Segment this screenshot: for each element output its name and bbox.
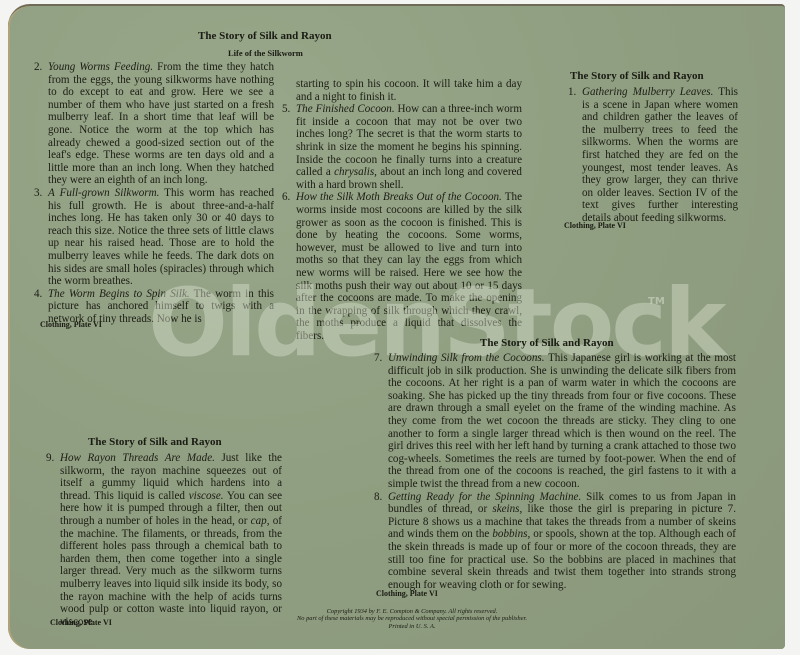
section-title-bottom-left: The Story of Silk and Rayon bbox=[88, 436, 222, 448]
item-title: Unwinding Silk from the Cocoons. bbox=[388, 352, 544, 364]
plate-label: Clothing, Plate VI bbox=[40, 320, 102, 329]
silk-rayon-card: The Story of Silk and Rayon Life of the … bbox=[8, 4, 785, 649]
item-title: How Rayon Threads Are Made. bbox=[60, 452, 215, 464]
item-emphasis: bobbins, bbox=[492, 528, 530, 540]
item-title: Gathering Mulberry Leaves. bbox=[582, 86, 713, 98]
caption-item-9: 9.How Rayon Threads Are Made. Just like … bbox=[46, 452, 282, 628]
item-number: 1. bbox=[568, 86, 576, 99]
item-emphasis: chrysalis, bbox=[334, 166, 377, 178]
section-top-left: 2.Young Worms Feeding. From the time the… bbox=[34, 61, 274, 325]
caption-item-1: 1.Gathering Mulberry Leaves. This is a s… bbox=[568, 86, 738, 225]
caption-item-7: 7.Unwinding Silk from the Cocoons. This … bbox=[374, 352, 736, 491]
item-text: of the machine. The filaments, or thread… bbox=[60, 515, 282, 628]
caption-item-3: 3.A Full-grown Silkworm. This worm has r… bbox=[34, 187, 274, 288]
item-text: This is a scene in Japan where women and… bbox=[582, 86, 738, 224]
copyright-line: Printed in U. S. A. bbox=[262, 623, 562, 630]
item-number: 7. bbox=[374, 352, 382, 365]
item-text: From the time they hatch from the eggs, … bbox=[48, 61, 274, 186]
item-number: 3. bbox=[34, 187, 42, 200]
caption-item-6: 6.How the Silk Moth Breaks Out of the Co… bbox=[282, 191, 522, 342]
caption-item-2: 2.Young Worms Feeding. From the time the… bbox=[34, 61, 274, 187]
item-title: Young Worms Feeding. bbox=[48, 61, 153, 73]
item-number: 9. bbox=[46, 452, 54, 465]
plate-label-bottom-right: Clothing, Plate VI bbox=[376, 589, 438, 598]
item-number: 4. bbox=[34, 288, 42, 301]
plate-label-bottom-left: Clothing, Plate VI bbox=[50, 618, 112, 627]
item-number: 8. bbox=[374, 491, 382, 504]
main-subtitle: Life of the Silkworm bbox=[228, 48, 303, 58]
item-number: 5. bbox=[282, 103, 290, 116]
copyright-line: Copyright 1934 by F. E. Compton & Compan… bbox=[262, 608, 562, 615]
section-bottom-left: 9.How Rayon Threads Are Made. Just like … bbox=[46, 452, 282, 628]
caption-item-8: 8.Getting Ready for the Spinning Machine… bbox=[374, 491, 736, 592]
caption-item-5: 5.The Finished Cocoon. How can a three-i… bbox=[282, 103, 522, 191]
main-title: The Story of Silk and Rayon bbox=[198, 30, 332, 42]
item-number: 6. bbox=[282, 191, 290, 204]
item-text: This Japanese girl is working at the mos… bbox=[388, 352, 736, 490]
watermark-trademark: TM bbox=[648, 296, 665, 307]
item-title: A Full-grown Silkworm. bbox=[48, 187, 159, 199]
continuation-text: starting to spin his cocoon. It will tak… bbox=[282, 78, 522, 103]
item-title: How the Silk Moth Breaks Out of the Coco… bbox=[296, 191, 502, 203]
section-title-top-right: The Story of Silk and Rayon bbox=[570, 70, 704, 82]
item-title: Getting Ready for the Spinning Machine. bbox=[388, 491, 581, 503]
item-title: The Finished Cocoon. bbox=[296, 103, 395, 115]
item-emphasis: viscose. bbox=[189, 490, 224, 502]
section-top-right: 1.Gathering Mulberry Leaves. This is a s… bbox=[568, 86, 738, 225]
item-text: This worm has reached his full growth. H… bbox=[48, 187, 274, 287]
item-number: 2. bbox=[34, 61, 42, 74]
section-title-bottom-right: The Story of Silk and Rayon bbox=[480, 337, 614, 349]
copyright-line: No part of these materials may be reprod… bbox=[262, 615, 562, 622]
plate-label-top-right: Clothing, Plate VI bbox=[564, 221, 626, 230]
item-title: The Worm Begins to Spin Silk. bbox=[48, 288, 190, 300]
copyright-notice: Copyright 1934 by F. E. Compton & Compan… bbox=[262, 608, 562, 630]
item-emphasis: skeins, bbox=[492, 503, 522, 515]
section-bottom-right: 7.Unwinding Silk from the Cocoons. This … bbox=[374, 352, 736, 591]
section-top-middle: starting to spin his cocoon. It will tak… bbox=[282, 78, 522, 342]
item-text: The worms inside most cocoons are killed… bbox=[296, 191, 522, 342]
item-emphasis: cap, bbox=[251, 515, 270, 527]
